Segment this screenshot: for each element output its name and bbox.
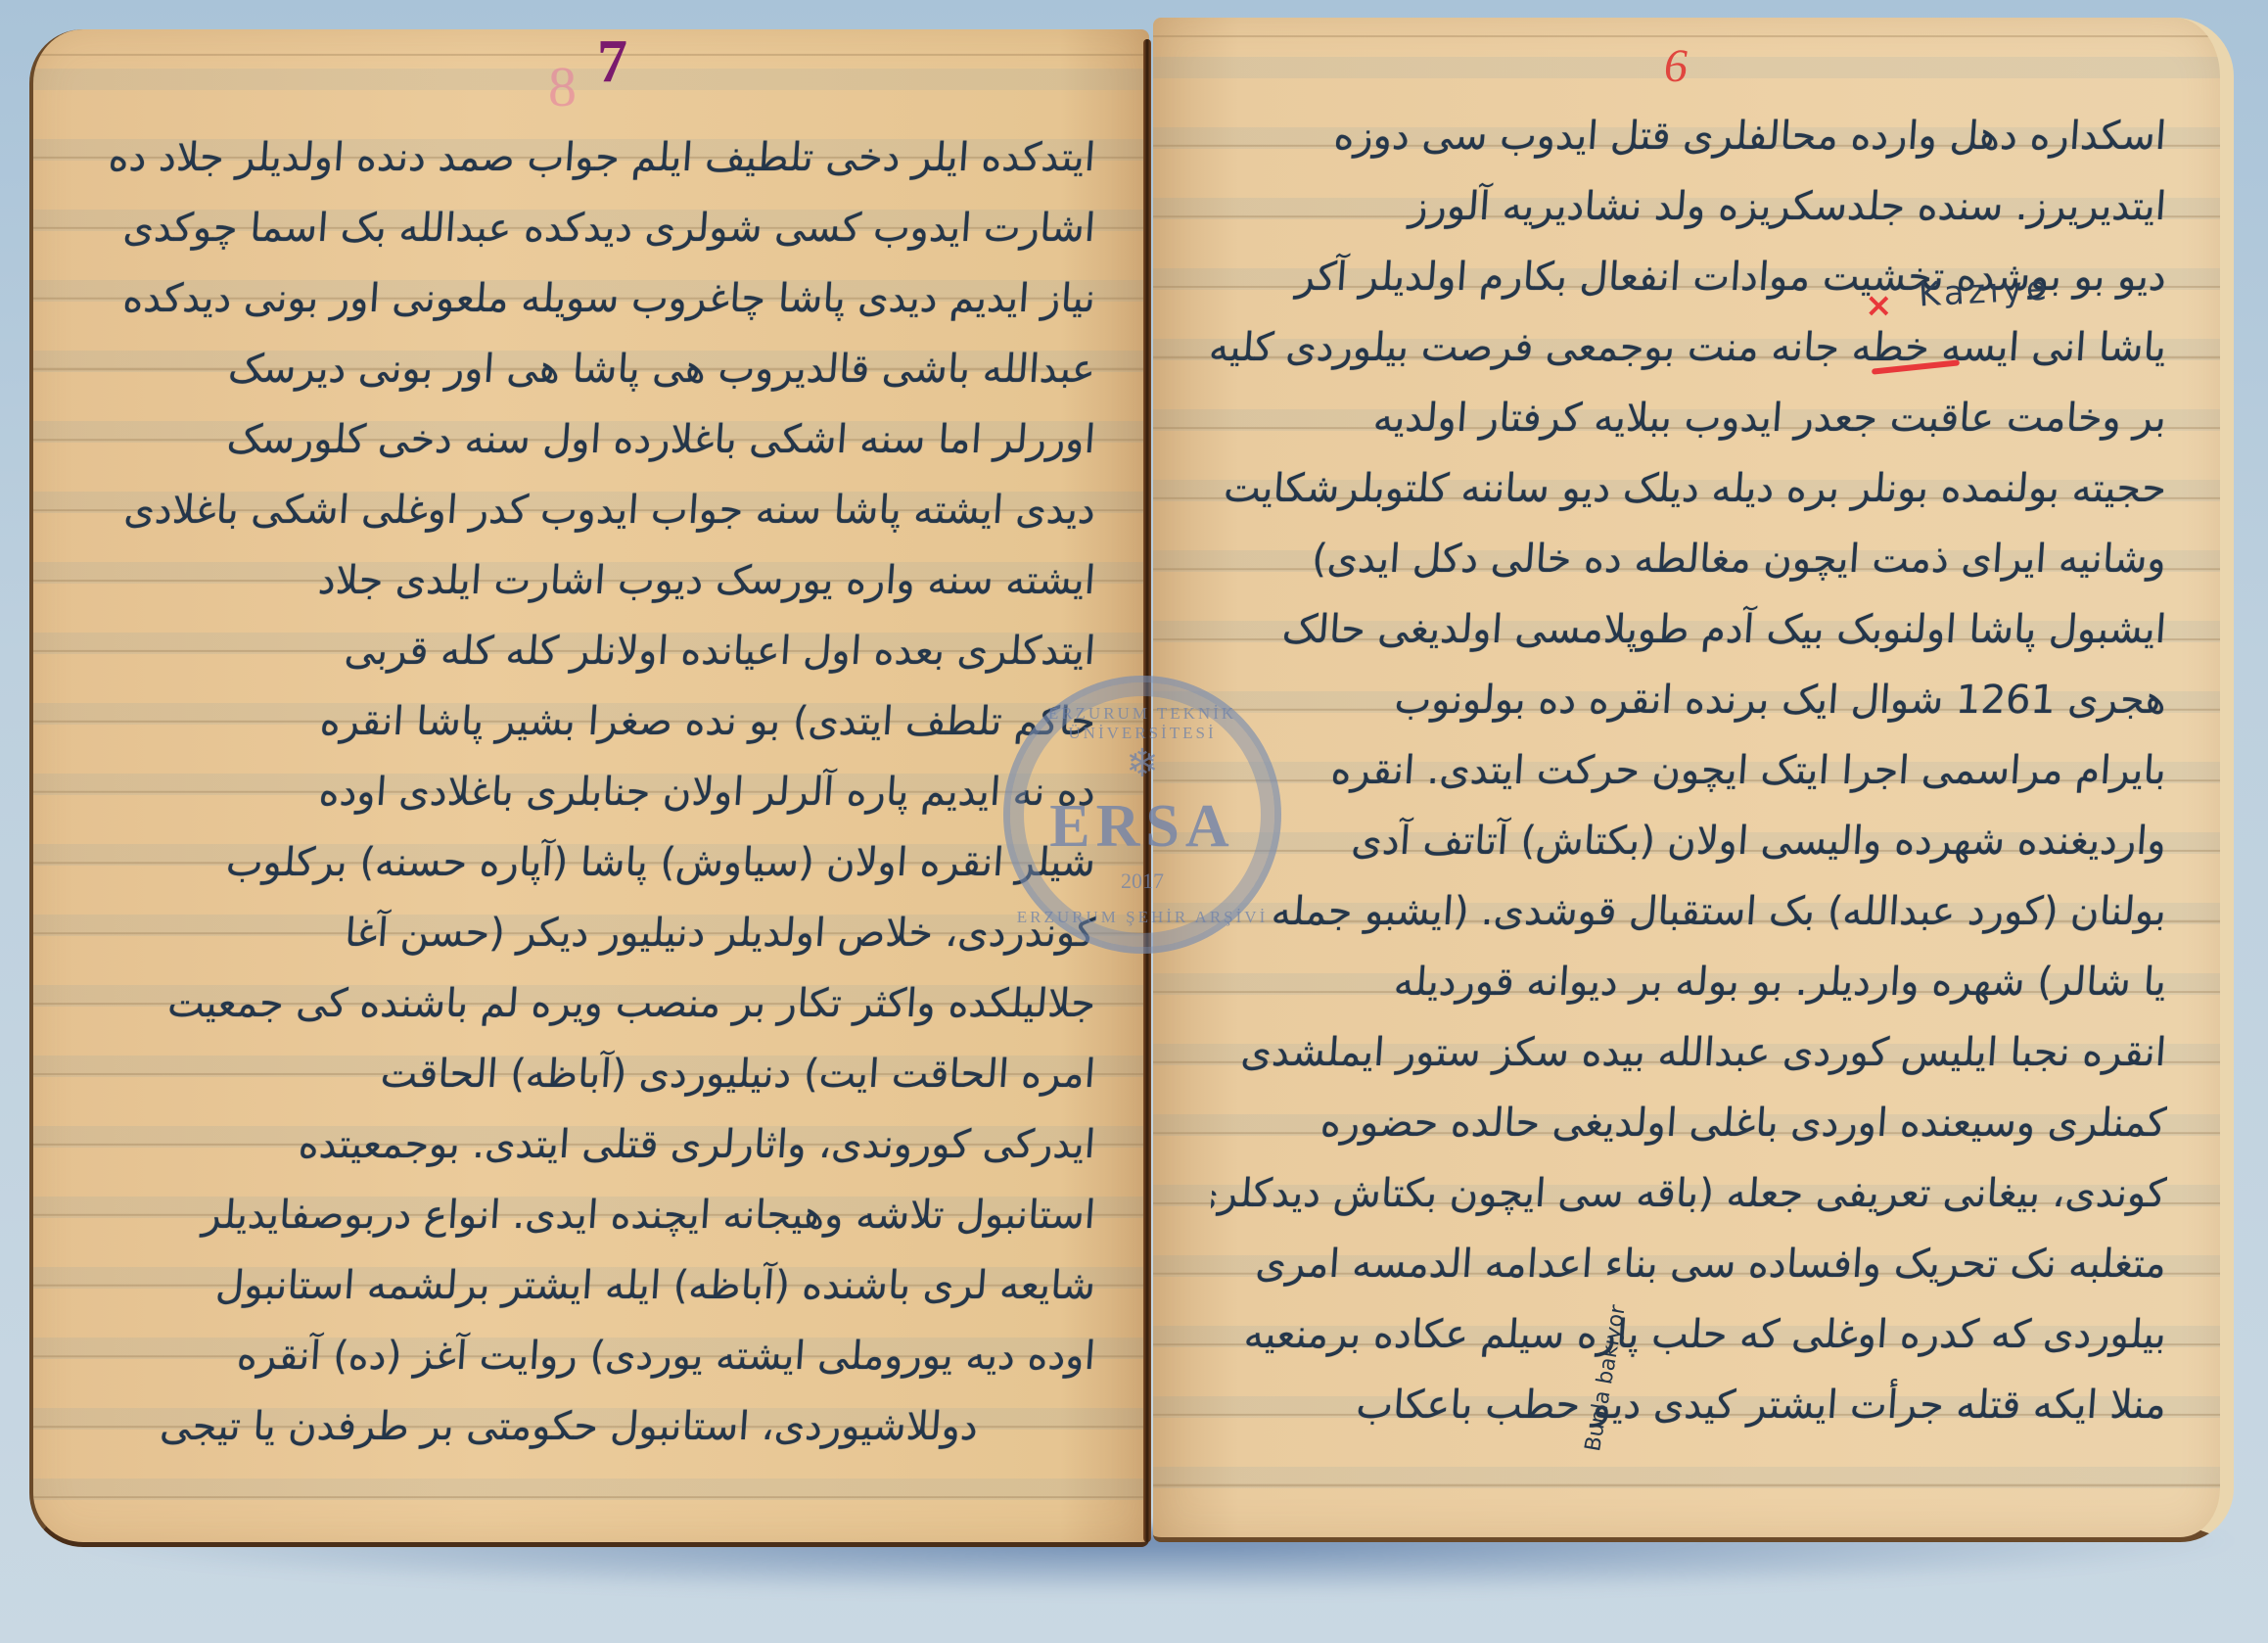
text-line: ده نه ایدیم پاره آلرلر اولان جنابلری باغ… <box>99 757 1097 827</box>
latin-annotation: Kazıye <box>1918 268 2052 314</box>
text-line: یا شالر) شهره واردیلر. بو بوله بر دیوانه… <box>1209 947 2168 1017</box>
crossed-page-number: 8 <box>548 54 577 119</box>
text-line: اوررلر اما سنه اشکی باغلارده اول سنه دخی… <box>99 404 1097 475</box>
text-line: یاشا انی ایسه خطه جانه منت بوجمعی فرصت ب… <box>1209 312 2168 383</box>
text-line: اشارت ایدوب کسی شولری دیدکده عبدالله بک … <box>99 193 1097 263</box>
stamp-ring-top: ERZURUM TEKNİK ÜNİVERSİTESİ <box>1010 704 1274 743</box>
text-line: کوندی، بیغانی تعریفی جعله (باقه سی ایچون… <box>1209 1158 2168 1229</box>
stamp-brand: ERSA <box>1010 792 1274 862</box>
text-line: شیلر انقره اولان (سیاوش) پاشا (آپاره حسن… <box>99 827 1097 898</box>
text-line: منلا ایکه قتله جرأت ایشتر کیدی دیو حطب ب… <box>1209 1370 2168 1440</box>
text-line: دوللاشیوردی، استانبول حکومتی بر طرفدن یا… <box>99 1391 1097 1462</box>
text-line: اوده دیه یوروملی ایشته یوردی) روایت آغز … <box>99 1321 1097 1391</box>
left-page-text: ایتدکده ایلر دخی تلطیف ایلم جواب صمد دند… <box>102 122 1095 1462</box>
left-page-number: 7 <box>597 27 627 97</box>
snowflake-emblem-icon: ❄ <box>1010 741 1274 786</box>
text-line: جلالیلکده واکثر تکار بر منصب ویره لم باش… <box>99 968 1097 1039</box>
stamp-ring-bottom: ERZURUM ŞEHİR ARŞİVİ <box>1010 908 1274 927</box>
text-line: انقره نجبا ایلیس کوردی عبدالله بیده سکز … <box>1209 1017 2168 1088</box>
archive-watermark-stamp: ERZURUM TEKNİK ÜNİVERSİTESİ ❄ ERSA 2017 … <box>1003 676 1281 954</box>
text-line: بیلوردی که کدره اوغلی که حلب پاره سیلم ع… <box>1209 1299 2168 1370</box>
text-line: بایرام مراسمی اجرا ایتک ایچون حرکت ایتدی… <box>1209 735 2168 806</box>
text-line: اسکداره دهل وارده محالفلری قتل ایدوب سی … <box>1209 101 2168 171</box>
right-page-number: 6 <box>1664 39 1688 93</box>
text-line: هجری 1261 شوال ایک برنده انقره ده بولونو… <box>1209 665 2168 735</box>
text-line: عبدالله باشی قالدیروب هی پاشا هی اور بون… <box>99 334 1097 404</box>
text-line: دیدی ایشته پاشا سنه جواب ایدوب کدر اوغلی… <box>99 475 1097 545</box>
text-line: ایشبول پاشا اولنوبک بیک آدم طوپلامسی اول… <box>1209 594 2168 665</box>
text-line: حجیته بولنمده بونلر بره دیله دیلک دیو سا… <box>1209 453 2168 524</box>
text-line: حاکم تلطف ایتدی) بو نده صغرا بشیر پاشا ا… <box>99 686 1097 757</box>
text-line: متغلبه نک تحریک وافساده سی بناء اعدامه ا… <box>1209 1229 2168 1299</box>
text-line: بر وخامت عاقبت جعدر ایدوب ببلایه کرفتار … <box>1209 383 2168 453</box>
text-line: استانبول تلاشه وهیجانه ایچنده ایدی. انوا… <box>99 1180 1097 1250</box>
left-page: ایتدکده ایلر دخی تلطیف ایلم جواب صمد دند… <box>29 29 1149 1547</box>
text-line: ایدرکی کوروندی، واثارلری قتلی ایتدی. بوج… <box>99 1109 1097 1180</box>
red-x-mark-icon: × <box>1865 286 1893 325</box>
text-line: کمنلری وسیعنده اوردی باغلی اولدیغی حالده… <box>1209 1088 2168 1158</box>
text-line: ایشته سنه واره یورسک دیوب اشارت ایلدی جل… <box>99 545 1097 616</box>
text-line: امره الحاقت ایت) دنیلیوردی (آباظه) الحاق… <box>99 1039 1097 1109</box>
text-line: ایتدکلری بعده اول اعیانده اولانلر کله کل… <box>99 616 1097 686</box>
text-line: شایعه لری باشنده (آباظه) ایله ایشتر برلش… <box>99 1250 1097 1321</box>
text-line: ایتدیریرز. سنده جلدسکریزه ولد نشادیریه آ… <box>1209 171 2168 242</box>
stamp-year: 2017 <box>1010 868 1274 894</box>
text-line: کوندردی، خلاص اولدیلر دنیلیور دیکر (حسن … <box>99 898 1097 968</box>
text-line: نیاز ایدیم دیدی پاشا چاغروب سویله ملعونی… <box>99 263 1097 334</box>
text-line: ایتدکده ایلر دخی تلطیف ایلم جواب صمد دند… <box>99 122 1097 193</box>
right-page: اسکداره دهل وارده محالفلری قتل ایدوب سی … <box>1153 18 2234 1542</box>
text-line: وشانیه ایرای ذمت ایچون مغالطه ده خالی دک… <box>1209 524 2168 594</box>
text-line: واردیغنده شهرده والیسی اولان (بکتاش) آتا… <box>1209 806 2168 876</box>
text-line: بولنان (کورد عبدالله) بک استقبال قوشدی. … <box>1209 876 2168 947</box>
